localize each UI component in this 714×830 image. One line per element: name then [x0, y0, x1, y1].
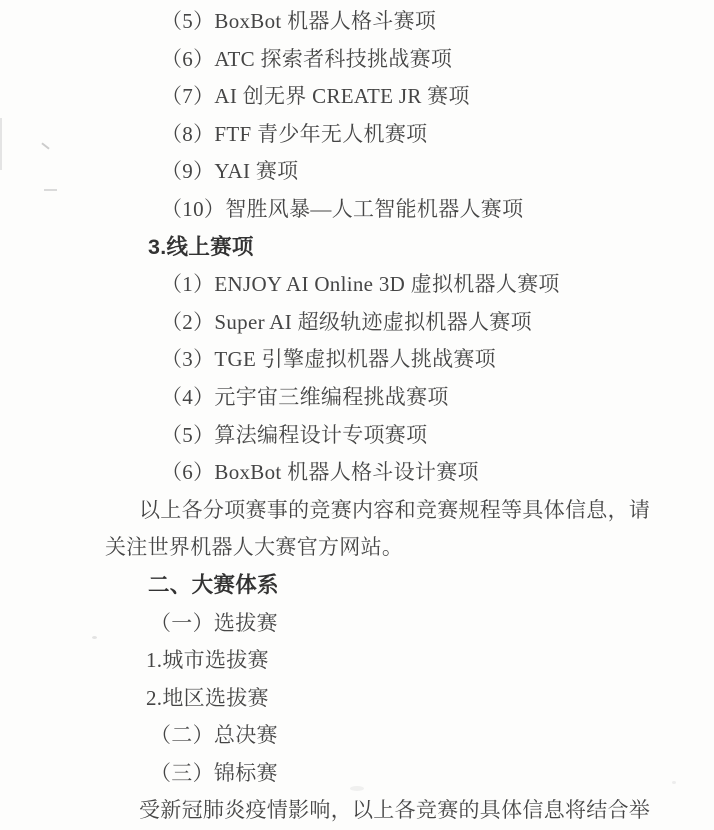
heading-competition-system: 二、大赛体系 [105, 567, 665, 605]
paragraph-covid-line-1: 受新冠肺炎疫情影响，以上各竞赛的具体信息将结合举 [105, 792, 665, 830]
list-item-offline-8: （8）FTF 青少年无人机赛项 [105, 116, 665, 154]
list-item-online-4: （4）元宇宙三维编程挑战赛项 [105, 379, 665, 417]
scan-artifact-speck [92, 636, 97, 639]
list-item-offline-9: （9）YAI 赛项 [105, 153, 665, 191]
list-item-offline-5: （5）BoxBot 机器人格斗赛项 [105, 3, 665, 41]
document-page: （5）BoxBot 机器人格斗赛项 （6）ATC 探索者科技挑战赛项 （7）AI… [0, 0, 714, 830]
list-item-online-3: （3）TGE 引擎虚拟机器人挑战赛项 [105, 341, 665, 379]
scan-artifact-dash [44, 189, 57, 191]
paragraph-notice-line-1: 以上各分项赛事的竞赛内容和竞赛规程等具体信息，请 [105, 492, 665, 530]
list-item-offline-7: （7）AI 创无界 CREATE JR 赛项 [105, 78, 665, 116]
list-item-online-2: （2）Super AI 超级轨迹虚拟机器人赛项 [105, 304, 665, 342]
list-item-city-selection: 1.城市选拔赛 [105, 642, 665, 680]
heading-online-events: 3.线上赛项 [105, 229, 665, 267]
list-item-regional-selection: 2.地区选拔赛 [105, 680, 665, 718]
list-item-online-5: （5）算法编程设计专项赛项 [105, 417, 665, 455]
list-item-online-1: （1）ENJOY AI Online 3D 虚拟机器人赛项 [105, 266, 665, 304]
subheading-selection-tournament: （一）选拔赛 [105, 605, 665, 643]
list-item-offline-6: （6）ATC 探索者科技挑战赛项 [105, 41, 665, 79]
subheading-championship: （三）锦标赛 [105, 755, 665, 793]
document-content: （5）BoxBot 机器人格斗赛项 （6）ATC 探索者科技挑战赛项 （7）AI… [105, 3, 665, 830]
list-item-online-6: （6）BoxBot 机器人格斗设计赛项 [105, 454, 665, 492]
paragraph-notice-line-2: 关注世界机器人大赛官方网站。 [105, 529, 665, 567]
subheading-finals: （二）总决赛 [105, 717, 665, 755]
scan-artifact-tick [41, 142, 49, 149]
scan-artifact-edge-line [0, 118, 2, 170]
scan-artifact-speck [672, 781, 676, 784]
list-item-offline-10: （10）智胜风暴—人工智能机器人赛项 [105, 191, 665, 229]
